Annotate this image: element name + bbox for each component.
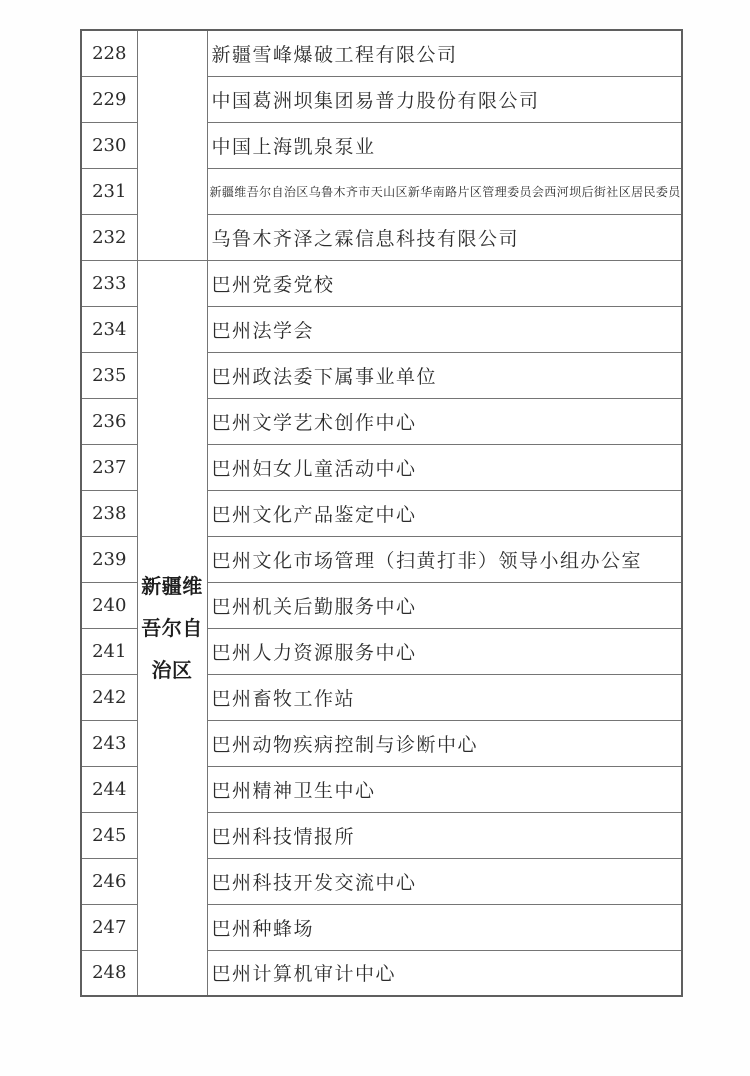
row-number: 234 <box>81 306 137 352</box>
row-number: 236 <box>81 398 137 444</box>
row-number: 235 <box>81 352 137 398</box>
row-number: 229 <box>81 76 137 122</box>
row-number: 246 <box>81 858 137 904</box>
row-number: 228 <box>81 30 137 76</box>
row-number: 241 <box>81 628 137 674</box>
region-cell <box>137 30 207 260</box>
document-page: 228新疆雪峰爆破工程有限公司229中国葛洲坝集团易普力股份有限公司230中国上… <box>0 0 750 1076</box>
row-number: 231 <box>81 168 137 214</box>
org-table: 228新疆雪峰爆破工程有限公司229中国葛洲坝集团易普力股份有限公司230中国上… <box>80 29 683 997</box>
row-number: 230 <box>81 122 137 168</box>
org-name: 巴州党委党校 <box>207 260 682 306</box>
row-number: 242 <box>81 674 137 720</box>
row-number: 239 <box>81 536 137 582</box>
row-number: 237 <box>81 444 137 490</box>
org-name: 巴州妇女儿童活动中心 <box>207 444 682 490</box>
table-body: 228新疆雪峰爆破工程有限公司229中国葛洲坝集团易普力股份有限公司230中国上… <box>81 30 682 996</box>
org-name: 巴州动物疾病控制与诊断中心 <box>207 720 682 766</box>
org-name: 中国上海凯泉泵业 <box>207 122 682 168</box>
org-name: 新疆维吾尔自治区乌鲁木齐市天山区新华南路片区管理委员会西河坝后街社区居民委员会 <box>207 168 682 214</box>
org-name: 巴州人力资源服务中心 <box>207 628 682 674</box>
row-number: 243 <box>81 720 137 766</box>
region-cell: 新疆维吾尔自治区 <box>137 260 207 996</box>
row-number: 240 <box>81 582 137 628</box>
org-name: 巴州种蜂场 <box>207 904 682 950</box>
row-number: 238 <box>81 490 137 536</box>
region-label: 新疆维吾尔自治区 <box>141 565 204 691</box>
table-row: 228新疆雪峰爆破工程有限公司 <box>81 30 682 76</box>
org-name: 乌鲁木齐泽之霖信息科技有限公司 <box>207 214 682 260</box>
row-number: 232 <box>81 214 137 260</box>
org-name: 巴州法学会 <box>207 306 682 352</box>
org-name: 新疆雪峰爆破工程有限公司 <box>207 30 682 76</box>
org-name: 巴州科技情报所 <box>207 812 682 858</box>
org-name: 巴州文化市场管理（扫黄打非）领导小组办公室 <box>207 536 682 582</box>
org-name: 巴州精神卫生中心 <box>207 766 682 812</box>
row-number: 245 <box>81 812 137 858</box>
org-name: 中国葛洲坝集团易普力股份有限公司 <box>207 76 682 122</box>
org-name: 巴州文化产品鉴定中心 <box>207 490 682 536</box>
org-name: 巴州机关后勤服务中心 <box>207 582 682 628</box>
org-name: 巴州政法委下属事业单位 <box>207 352 682 398</box>
row-number: 244 <box>81 766 137 812</box>
org-name: 巴州畜牧工作站 <box>207 674 682 720</box>
row-number: 248 <box>81 950 137 996</box>
row-number: 233 <box>81 260 137 306</box>
org-name: 巴州科技开发交流中心 <box>207 858 682 904</box>
org-name: 巴州计算机审计中心 <box>207 950 682 996</box>
row-number: 247 <box>81 904 137 950</box>
org-name: 巴州文学艺术创作中心 <box>207 398 682 444</box>
table-row: 233新疆维吾尔自治区巴州党委党校 <box>81 260 682 306</box>
